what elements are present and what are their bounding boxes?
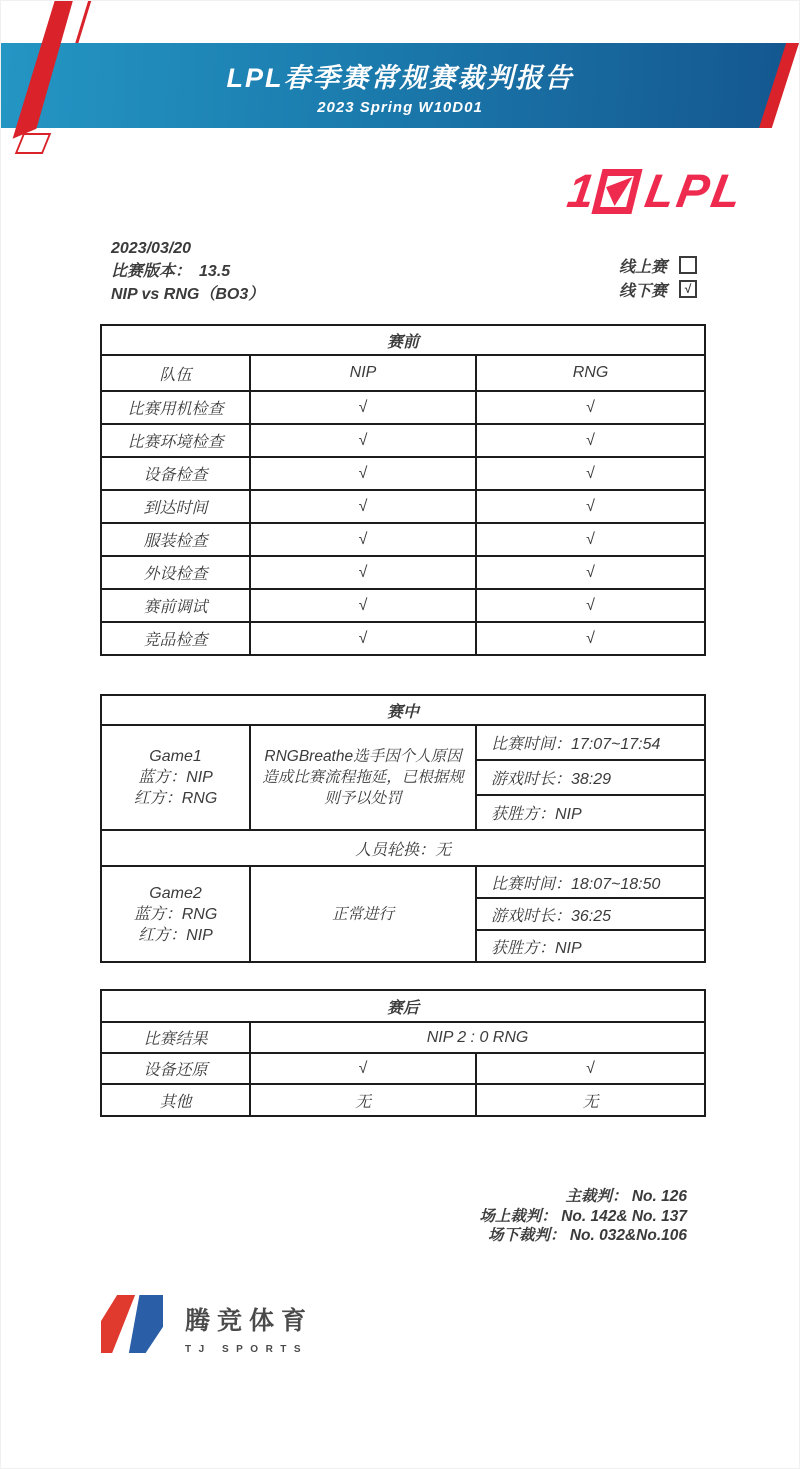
nip-check: 无 bbox=[250, 1084, 476, 1116]
nip-check: √ bbox=[250, 490, 476, 523]
rng-check: √ bbox=[476, 523, 705, 556]
rng-check: √ bbox=[476, 1053, 705, 1084]
game1-blue-side: 蓝方：NIP bbox=[102, 767, 249, 788]
nip-check: √ bbox=[250, 556, 476, 589]
table-row: 设备还原√√ bbox=[101, 1053, 705, 1084]
match-date: 2023/03/20 bbox=[111, 237, 264, 260]
match-info-block: 2023/03/20 比赛版本：13.5 NIP vs RNG（BO3） bbox=[111, 237, 264, 306]
game2-red-side: 红方：NIP bbox=[102, 925, 249, 946]
row-label: 比赛用机检查 bbox=[101, 391, 250, 424]
game-version-label: 比赛版本： bbox=[111, 263, 191, 280]
table-row: 比赛环境检查√√ bbox=[101, 424, 705, 457]
row-label: 其他 bbox=[101, 1084, 250, 1116]
game1-red-side: 红方：RNG bbox=[102, 788, 249, 809]
game2-note: 正常进行 bbox=[250, 866, 476, 962]
rng-check: √ bbox=[476, 622, 705, 655]
offline-match-label: 线下赛 bbox=[619, 278, 667, 301]
row-label: 竞品检查 bbox=[101, 622, 250, 655]
nip-check: √ bbox=[250, 622, 476, 655]
off-stage-referees: 场下裁判： No. 032&No.106 bbox=[479, 1226, 687, 1246]
venue-type-block: 线上赛 线下赛 √ bbox=[619, 253, 697, 301]
paper-plane-icon bbox=[602, 177, 633, 206]
game1-info: Game1 蓝方：NIP 红方：RNG bbox=[101, 725, 250, 830]
tj-sports-wordmark: 腾竞体育 TJ SPORTS bbox=[185, 1301, 313, 1355]
offline-match-option: 线下赛 √ bbox=[619, 277, 697, 301]
row-label: 服装检查 bbox=[101, 523, 250, 556]
lpl-10th-anniversary-logo: 1 LPL bbox=[568, 167, 744, 214]
row-label: 到达时间 bbox=[101, 490, 250, 523]
game2-match-time: 比赛时间：18:07~18:50 bbox=[476, 866, 705, 898]
report-subtitle: 2023 Spring W10D01 bbox=[317, 99, 483, 116]
post-match-table: 赛后 比赛结果 NIP 2 : 0 RNG 设备还原√√ 其他无无 bbox=[100, 989, 706, 1117]
nip-check: √ bbox=[250, 457, 476, 490]
nip-check: √ bbox=[250, 523, 476, 556]
rng-check: √ bbox=[476, 457, 705, 490]
game2-duration: 游戏时长：36:25 bbox=[476, 898, 705, 930]
report-title: LPL春季赛常规赛裁判报告 bbox=[227, 56, 574, 95]
game2-winner: 获胜方：NIP bbox=[476, 930, 705, 962]
brand-name-cn: 腾竞体育 bbox=[185, 1301, 313, 1337]
tj-sports-logo: 腾竞体育 TJ SPORTS bbox=[101, 1295, 313, 1355]
in-match-title: 赛中 bbox=[101, 695, 705, 725]
row-label: 设备检查 bbox=[101, 457, 250, 490]
game-version-value: 13.5 bbox=[199, 263, 230, 280]
game2-info: Game2 蓝方：RNG 红方：NIP bbox=[101, 866, 250, 962]
nip-check: √ bbox=[250, 424, 476, 457]
row-label: 外设检查 bbox=[101, 556, 250, 589]
online-checkbox[interactable] bbox=[679, 256, 697, 274]
game2-blue-side: 蓝方：RNG bbox=[102, 904, 249, 925]
in-match-table: 赛中 Game1 蓝方：NIP 红方：RNG RNGBreathe选手因个人原因… bbox=[100, 694, 706, 963]
roster-rotation-row: 人员轮换：无 bbox=[101, 830, 705, 866]
rng-check: √ bbox=[476, 490, 705, 523]
lpl-logo-letters: LPL bbox=[642, 167, 748, 214]
rng-check: √ bbox=[476, 556, 705, 589]
brand-name-en: TJ SPORTS bbox=[185, 1344, 313, 1355]
pre-match-title: 赛前 bbox=[101, 325, 705, 355]
rng-check: √ bbox=[476, 391, 705, 424]
game1-note: RNGBreathe选手因个人原因造成比赛流程拖延，已根据规则予以处罚 bbox=[250, 725, 476, 830]
left-outline-accent bbox=[15, 133, 51, 154]
matchup: NIP vs RNG（BO3） bbox=[111, 283, 264, 306]
title-banner: LPL春季赛常规赛裁判报告 2023 Spring W10D01 bbox=[1, 43, 799, 128]
column-header-nip: NIP bbox=[250, 355, 476, 391]
rng-check: 无 bbox=[476, 1084, 705, 1116]
game-version: 比赛版本：13.5 bbox=[111, 260, 264, 283]
table-row: 到达时间√√ bbox=[101, 490, 705, 523]
referee-info-block: 主裁判： No. 126 场上裁判： No. 142& No. 137 场下裁判… bbox=[479, 1187, 687, 1246]
row-label: 赛前调试 bbox=[101, 589, 250, 622]
table-row: 外设检查√√ bbox=[101, 556, 705, 589]
result-label: 比赛结果 bbox=[101, 1022, 250, 1053]
game1-match-time: 比赛时间：17:07~17:54 bbox=[476, 725, 705, 760]
game1-duration: 游戏时长：38:29 bbox=[476, 760, 705, 795]
table-row: 比赛用机检查√√ bbox=[101, 391, 705, 424]
rng-check: √ bbox=[476, 589, 705, 622]
table-row: 设备检查√√ bbox=[101, 457, 705, 490]
row-label: 比赛环境检查 bbox=[101, 424, 250, 457]
column-header-rng: RNG bbox=[476, 355, 705, 391]
table-row: 竞品检查√√ bbox=[101, 622, 705, 655]
column-header-team: 队伍 bbox=[101, 355, 250, 391]
nip-check: √ bbox=[250, 391, 476, 424]
table-row: 服装检查√√ bbox=[101, 523, 705, 556]
nip-check: √ bbox=[250, 1053, 476, 1084]
lpl-logo-zero-paper-plane-icon bbox=[592, 169, 643, 214]
online-match-label: 线上赛 bbox=[619, 254, 667, 277]
offline-checkbox[interactable]: √ bbox=[679, 280, 697, 298]
table-row: 其他无无 bbox=[101, 1084, 705, 1116]
left-thin-accent-stripe bbox=[74, 0, 92, 49]
nip-check: √ bbox=[250, 589, 476, 622]
on-stage-referees: 场上裁判： No. 142& No. 137 bbox=[479, 1207, 687, 1227]
game1-winner: 获胜方：NIP bbox=[476, 795, 705, 830]
online-match-option: 线上赛 bbox=[619, 253, 697, 277]
game2-name: Game2 bbox=[102, 883, 249, 904]
post-match-title: 赛后 bbox=[101, 990, 705, 1022]
result-value: NIP 2 : 0 RNG bbox=[250, 1022, 705, 1053]
tj-sports-logo-mark-icon bbox=[101, 1295, 163, 1353]
referee-report-page: LPL春季赛常规赛裁判报告 2023 Spring W10D01 1 LPL 2… bbox=[0, 0, 800, 1469]
rng-check: √ bbox=[476, 424, 705, 457]
row-label: 设备还原 bbox=[101, 1053, 250, 1084]
game1-name: Game1 bbox=[102, 746, 249, 767]
pre-match-table: 赛前 队伍 NIP RNG 比赛用机检查√√ 比赛环境检查√√ 设备检查√√ 到… bbox=[100, 324, 706, 656]
table-row: 赛前调试√√ bbox=[101, 589, 705, 622]
chief-referee: 主裁判： No. 126 bbox=[479, 1187, 687, 1207]
